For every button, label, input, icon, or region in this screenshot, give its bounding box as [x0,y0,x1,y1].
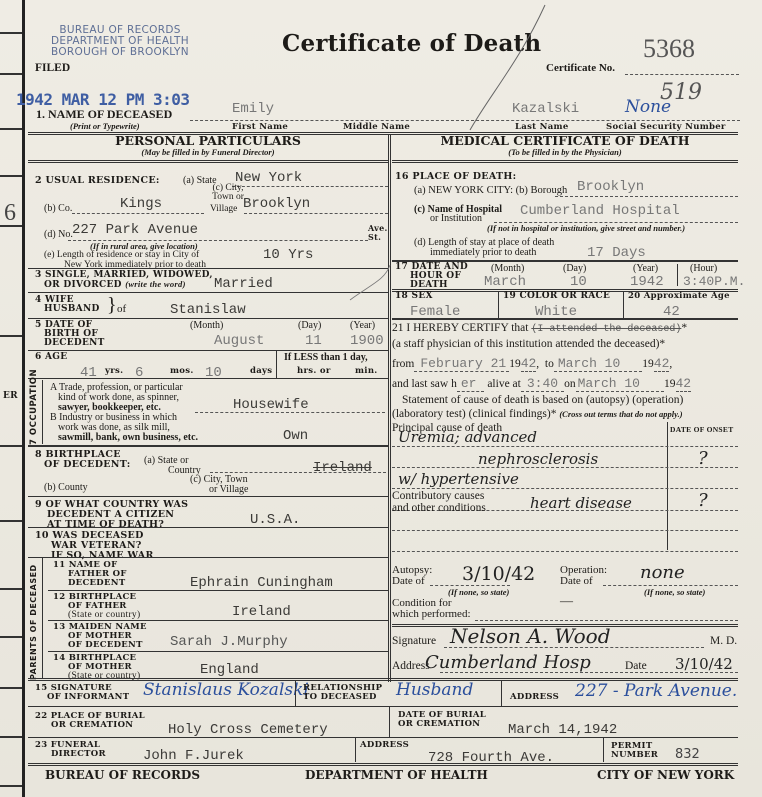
death-certificate: 6 ER BUREAU OF RECORDS DEPARTMENT OF HEA… [0,0,762,797]
pencil-line-overlay [0,0,762,797]
